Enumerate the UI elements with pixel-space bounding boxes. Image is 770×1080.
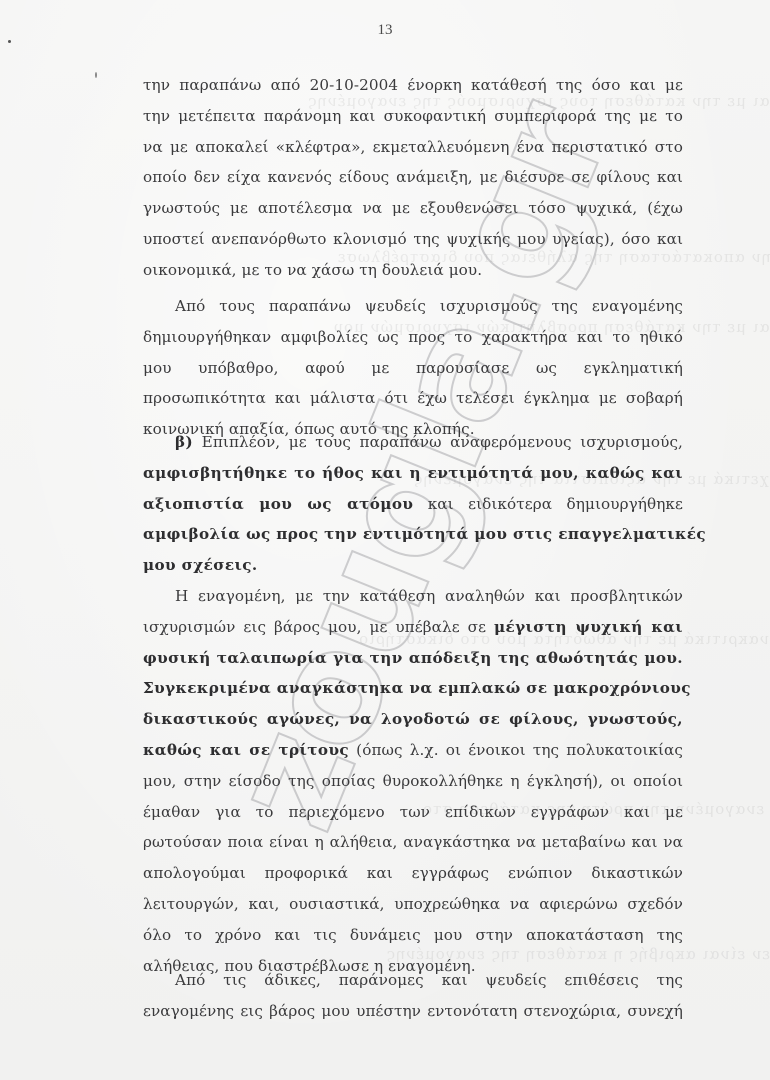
text-run: ισχυρισμών εις βάρος μου, με υπέβαλε σε [143, 618, 494, 636]
text-line: οποίο δεν είχα κανενός είδους ανάμειξη, … [143, 166, 683, 188]
text-line: δικαστικούς αγώνες, να λογοδοτώ σε φίλου… [143, 708, 683, 730]
text-run: λειτουργών, και, ουσιαστικά, υποχρεώθηκα… [143, 895, 683, 913]
text-line: αμφιβολία ως προς την εντιμότητά μου στι… [143, 523, 683, 545]
text-run: και ειδικότερα δημιουργήθηκε [413, 495, 683, 513]
text-run: Επιπλέον, με τους παραπάνω αναφερόμενους… [193, 433, 683, 451]
text-run: Η εναγομένη, με την κατάθεση αναληθών κα… [175, 587, 683, 605]
bold-text-run: μέγιστη ψυχική και [494, 618, 683, 636]
text-line: οικονομικά, με το να χάσω τη δουλειά μου… [143, 259, 683, 281]
text-line: την παραπάνω από 20-10-2004 ένορκη κατάθ… [143, 74, 683, 96]
text-line: αμφισβητήθηκε το ήθος και η εντιμότητά μ… [143, 462, 683, 484]
text-run: όλο το χρόνο και τις δυνάμεις μου στην α… [143, 926, 683, 944]
text-line: καθώς και σε τρίτους (όπως λ.χ. οι ένοικ… [143, 739, 683, 761]
text-line: υποστεί ανεπανόρθωτο κλονισμό της ψυχική… [143, 228, 683, 250]
text-line: Η εναγομένη, με την κατάθεση αναληθών κα… [175, 585, 683, 607]
bold-text-run: αμφισβητήθηκε το ήθος και η εντιμότητά μ… [143, 464, 683, 482]
page-number: 13 [0, 22, 770, 39]
text-line: να με αποκαλεί «κλέφτρα», εκμεταλλευόμεν… [143, 136, 683, 158]
text-line: Από τους παραπάνω ψευδείς ισχυρισμούς τη… [175, 295, 683, 317]
text-run: (όπως λ.χ. οι ένοικοι της πολυκατοικίας [349, 741, 683, 759]
text-line: έμαθαν για το περιεχόμενο των επίδικων ε… [143, 801, 683, 823]
bold-text-run: μου σχέσεις. [143, 556, 258, 574]
scan-speck [95, 72, 97, 78]
bold-text-run: αμφιβολία ως προς την εντιμότητά μου στι… [143, 525, 706, 543]
text-line: λειτουργών, και, ουσιαστικά, υποχρεώθηκα… [143, 893, 683, 915]
text-line: εναγομένης εις βάρος μου υπέστην εντονότ… [143, 1000, 683, 1022]
text-run: απολογούμαι προφορικά και εγγράφως ενώπι… [143, 864, 683, 882]
text-line: μου, στην είσοδο της οποίας θυροκολλήθηκ… [143, 770, 683, 792]
text-run: ρωτούσαν ποια είναι η αλήθεια, αναγκάστη… [143, 833, 683, 851]
text-run: έμαθαν για το περιεχόμενο των επίδικων ε… [143, 803, 683, 821]
text-line: απολογούμαι προφορικά και εγγράφως ενώπι… [143, 862, 683, 884]
text-line: μου υπόβαθρο, αφού με παρουσίασε ως εγκλ… [143, 357, 683, 379]
text-run: μου, στην είσοδο της οποίας θυροκολλήθηκ… [143, 772, 683, 790]
text-line: φυσική ταλαιπωρία για την απόδειξη της α… [143, 647, 683, 669]
bold-text-run: καθώς και σε τρίτους [143, 741, 349, 759]
text-line: Από τις άδικες, παράνομες και ψευδείς επ… [175, 969, 683, 991]
bold-text-run: δικαστικούς αγώνες, να λογοδοτώ σε φίλου… [143, 710, 683, 728]
text-line: την μετέπειτα παράνομη και συκοφαντική σ… [143, 105, 683, 127]
text-line: μου σχέσεις. [143, 554, 683, 576]
text-line: δημιουργήθηκαν αμφιβολίες ως προς το χαρ… [143, 326, 683, 348]
text-line: ισχυρισμών εις βάρος μου, με υπέβαλε σε … [143, 616, 683, 638]
scan-speck [8, 40, 11, 43]
bold-text-run: β) [175, 433, 193, 451]
text-line: Συγκεκριμένα αναγκάστηκα να εμπλακώ σε μ… [143, 677, 683, 699]
text-line: ρωτούσαν ποια είναι η αλήθεια, αναγκάστη… [143, 831, 683, 853]
text-line: γνωστούς με αποτέλεσμα να με εξουθενώσει… [143, 197, 683, 219]
bold-text-run: αξιοπιστία μου ως ατόμου [143, 495, 413, 513]
bold-text-run: Συγκεκριμένα αναγκάστηκα να εμπλακώ σε μ… [143, 679, 691, 697]
text-line: προσωπικότητα και μάλιστα ότι έχω τελέσε… [143, 387, 683, 409]
text-line: αξιοπιστία μου ως ατόμου και ειδικότερα … [143, 493, 683, 515]
text-line: όλο το χρόνο και τις δυνάμεις μου στην α… [143, 924, 683, 946]
bold-text-run: φυσική ταλαιπωρία για την απόδειξη της α… [143, 649, 683, 667]
document-page: και με την κατάθεση τους ισχυρισμούς της… [0, 0, 770, 1080]
text-line: β) Επιπλέον, με τους παραπάνω αναφερόμεν… [175, 431, 683, 453]
